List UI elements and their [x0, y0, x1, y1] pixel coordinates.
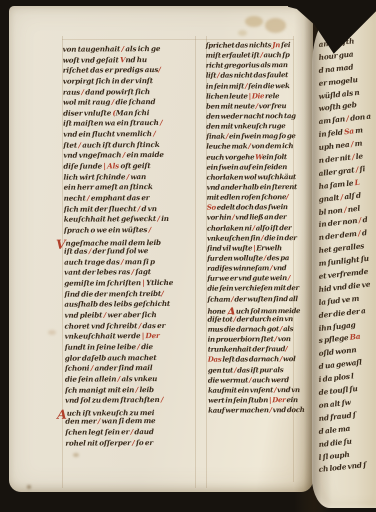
ink-text: gnalt	[318, 192, 341, 203]
ink-text: ſo er	[135, 438, 153, 447]
ink-text: uph nea	[318, 140, 351, 152]
ink-text: ander ſind mail	[93, 363, 152, 372]
rubric-mark: /	[286, 192, 288, 201]
ink-text: glor daſelb auch machet	[65, 353, 157, 363]
ink-text: ſi	[358, 164, 366, 174]
ink-text: des pa	[266, 253, 289, 262]
ink-text: in prouerbiorn ſtet	[208, 334, 275, 343]
ink-text: ſagt	[134, 268, 151, 277]
manuscript-right-page: am weſthhour guad na mader mogeluwüſld a…	[312, 8, 376, 508]
manuscript-left-page: von taugenhait / als ich gewoſt vnd geſa…	[9, 6, 313, 492]
rubric-mark: So	[207, 203, 216, 212]
ink-text: die	[140, 342, 153, 351]
rubric-mark: /	[161, 395, 164, 404]
ink-text: in	[160, 214, 169, 223]
ink-text: den mer	[65, 417, 98, 426]
ink-text: on alt ſw	[318, 398, 351, 410]
ink-text: diser vnluſte	[63, 108, 112, 117]
rubric-mark: L	[354, 178, 360, 187]
ink-text: von dem ich	[251, 141, 294, 150]
ink-text: vnd ließ an der	[234, 213, 286, 222]
ink-text: von taugenhait	[63, 44, 122, 53]
ink-text: auch iſt durch ſtinck	[81, 140, 160, 150]
ink-text: kauf wer machen	[208, 405, 269, 414]
ink-text: le	[354, 151, 363, 161]
ink-text: raus	[63, 87, 82, 96]
ink-text: ein herr ameſt an ſtinck	[64, 182, 153, 192]
ink-text: ſchoni	[65, 364, 91, 373]
rubric-mark: /	[160, 118, 163, 127]
ink-text: fur den wolluſte	[207, 253, 264, 262]
ink-text: als	[282, 324, 293, 333]
rubric-mark: /	[288, 273, 290, 282]
rubric-mark: W	[255, 152, 262, 161]
ink-text: von	[277, 334, 291, 343]
ink-text: vnd ander halb ein ſterent	[207, 182, 297, 192]
manuscript-line: So edelt doch das ſwein	[207, 202, 315, 213]
ink-text: ein ſwein mag ſo ge	[228, 131, 296, 140]
ink-text: fur we er vnd gute wein	[207, 273, 288, 283]
manuscript-line: ein ſwein auf ein ſeiden	[206, 162, 314, 173]
ink-text: ein ſwein auf ein ſeiden	[206, 162, 287, 172]
ink-text: iſt maiſten wa ein ſtrauch	[63, 118, 160, 128]
ink-text: in feld	[318, 128, 344, 140]
ink-text: vnd vn	[276, 385, 300, 394]
ink-text: liſt	[206, 71, 217, 80]
ink-text: vnd pleibt	[64, 310, 103, 319]
ink-text: ſinak	[206, 132, 226, 141]
ink-text: ſprichet das nichts	[206, 40, 273, 49]
ink-text: ſein die wek	[247, 81, 289, 90]
ink-text: emphant das er	[89, 193, 149, 202]
ink-text: ſich mit der ſluecht	[64, 204, 138, 214]
ink-text: euch vorgehe	[206, 152, 255, 161]
ink-text: wan ſi dem me	[100, 416, 155, 425]
ink-text: daud	[133, 427, 154, 436]
ink-text: oft geiſt	[119, 161, 151, 170]
ink-text: am ſan	[318, 114, 346, 126]
ink-text: d vn	[140, 204, 157, 213]
ink-text: als vnkeu	[120, 374, 157, 383]
ink-text: vorpirgt ſich in der vinſt	[63, 76, 153, 86]
ink-text: gen tut	[208, 365, 234, 374]
ink-text: choret vnd ſchreibt	[65, 321, 139, 331]
ink-text: don a	[348, 112, 371, 123]
ink-text: vnd ein flucht vnemlich	[63, 129, 153, 139]
rubric-mark: | Die	[249, 91, 265, 100]
ink-text: auch werd	[251, 375, 289, 384]
ink-text: edelt doch das ſwein	[216, 202, 288, 212]
ink-text: mus die darnach got	[208, 324, 280, 334]
rubric-mark: Ba	[349, 332, 361, 342]
ink-text: iſt das	[64, 247, 89, 256]
ink-text: ein ſolt	[262, 152, 287, 161]
ink-text: vnkeuſchen ſin	[207, 233, 261, 242]
ink-text: Ytliche	[145, 278, 173, 287]
ink-text: als ich ge	[124, 44, 160, 53]
manuscript-line: chorlaken wol wuſchkäut	[206, 172, 314, 183]
ink-text: ein	[285, 395, 297, 404]
ink-text: rohel nit oſſerper	[65, 438, 132, 447]
ink-text: nd hu	[125, 55, 147, 64]
ink-text: alſ d	[342, 190, 361, 201]
ink-text: wer aber ſich	[106, 310, 156, 319]
text-column-right: ſprichet das nichts Jn ſeimiſt erfaulet …	[206, 40, 317, 416]
rubric-mark: | Der	[269, 395, 286, 404]
ink-text: gemiſte im ſchriſten	[64, 278, 142, 288]
ink-text: wol mit raug	[63, 98, 112, 107]
ink-text: s pflege	[318, 333, 350, 345]
ink-text: das er	[141, 321, 165, 330]
ink-text: ſundt in ſeine leibe	[65, 342, 138, 352]
text-column-left: von taugenhait / als ich gewoſt vnd geſa…	[63, 44, 204, 449]
ink-text: lich wirt ſchinde	[63, 172, 126, 181]
ink-text: woſth geb	[318, 101, 357, 114]
ink-text: die ſein verchieſen mit der	[207, 283, 299, 293]
ink-text: leuche mak	[206, 142, 248, 151]
ink-text: die ſchand	[114, 97, 155, 106]
ink-text: d	[361, 215, 368, 225]
ink-text: der ſund ſol we	[91, 246, 148, 255]
ink-text: die ſein allein	[65, 374, 118, 383]
ink-text: vnkeuſchhait werde	[65, 331, 142, 341]
ink-text: ein maide	[125, 150, 164, 159]
ink-text: alſo iſt der	[255, 223, 292, 232]
manuscript-photo: von taugenhait / als ich gewoſt vnd geſa…	[0, 0, 376, 512]
ink-text: ſind die der menſch treibt	[64, 289, 161, 299]
ink-text: den weder nacht noch tag	[206, 111, 296, 121]
manuscript-line: vnkeuſchen ſin / die in der	[207, 233, 315, 244]
rubric-mark: | Der	[142, 331, 160, 340]
ink-text: das iſt pur als	[236, 365, 283, 374]
ink-text: auch trage das	[64, 257, 121, 266]
ink-text: vant der lebes ras	[64, 268, 131, 277]
ink-text: die in der	[263, 233, 296, 242]
ink-text: Erwelh	[255, 243, 281, 252]
ink-text: leib	[138, 385, 154, 394]
ink-text: ausſhalb des leibs geſchicht	[64, 299, 170, 309]
ink-text: radiſes winneſam	[207, 263, 270, 272]
facing-page-text-block: am weſthhour guad na mader mogeluwüſld a…	[319, 40, 376, 478]
manuscript-text-block: von taugenhait / als ich gewoſt vnd geſa…	[7, 5, 314, 493]
ink-text: auch ſp	[263, 50, 290, 59]
ink-text: diſe tot	[207, 314, 233, 323]
rubric-mark: /	[153, 129, 156, 138]
ink-text: ſei	[280, 40, 290, 49]
ink-text: necht	[64, 193, 87, 202]
ink-text: vnd doch	[272, 405, 305, 414]
ink-text: ben mit neute	[206, 101, 256, 110]
ink-text: man ſi p	[123, 257, 155, 266]
ink-text: die wermut	[208, 375, 249, 384]
ink-text: wan	[129, 172, 146, 181]
ink-text: in ſein miſt	[206, 81, 245, 90]
ink-text: oſld wonn	[318, 345, 357, 358]
ink-text: ſtet	[63, 140, 78, 149]
ink-text: den mit vnkeuſch ruge	[206, 121, 285, 131]
ink-text: der wuſten ſind all	[233, 294, 297, 303]
ink-text: vnd	[272, 263, 286, 272]
ink-text: ſchen legt ſein er	[65, 427, 130, 436]
rubric-mark: Das	[208, 355, 222, 364]
ink-text: diſe ſunde	[63, 161, 103, 170]
ink-text: d	[360, 228, 367, 238]
manuscript-line: mit edlen roſen ſchone/	[207, 192, 315, 203]
manuscript-line: vnd ander halb ein ſterent	[207, 182, 315, 193]
ink-text: miſt erfaulet iſt	[206, 50, 261, 59]
ink-text: Man ſchi	[116, 108, 150, 117]
rubric-mark: /	[285, 344, 287, 353]
ink-text: leſt das darnach	[221, 355, 279, 364]
ink-text: trunkenhait der fraud	[208, 344, 286, 354]
ink-text: nel	[346, 203, 361, 213]
manuscript-line: vor hin / vnd ließ an der	[207, 212, 315, 223]
ink-text: richt gregorius als man	[206, 60, 288, 70]
ink-text: n der nit	[318, 153, 352, 165]
ink-text: der durch ein vn	[236, 314, 293, 323]
ink-text: wert in ſein ſtubn	[208, 395, 269, 404]
ink-text: dand powirſt ſich	[84, 87, 150, 96]
ink-text: bl non	[318, 205, 344, 217]
ink-text: rele	[264, 91, 279, 100]
ink-text: wol	[282, 354, 295, 363]
rubric-mark: /	[149, 225, 152, 234]
rubric-mark: | Als	[103, 161, 119, 170]
ink-text: vnd ſol zu dem ſtrachſten	[65, 395, 161, 405]
ink-text: m	[353, 139, 363, 149]
ink-text: kaufmit ein vnſent	[208, 385, 274, 394]
rubric-mark: /	[161, 289, 164, 298]
ink-text: vnd vngeſmach	[63, 151, 122, 160]
rubric-mark: /	[158, 65, 161, 74]
ink-text: mit edlen roſen ſchone	[207, 192, 287, 202]
ink-text: ſind vil wuſte	[207, 243, 253, 252]
manuscript-line: kauf wer machen / vnd doch	[208, 405, 316, 416]
ink-text: ſcham	[207, 294, 231, 303]
ink-text: vor freu	[258, 101, 287, 110]
ink-text: hone	[207, 306, 226, 314]
manuscript-line: chorlaken ni / alſo iſt der	[207, 222, 315, 233]
manuscript-line: hone Auch ſol man meide	[207, 304, 315, 315]
ink-text: chorlaken ni	[207, 223, 253, 232]
ink-text: ſch manigt mit ein	[65, 385, 136, 394]
ink-text: m	[353, 126, 363, 136]
ink-text: vor hin	[207, 213, 232, 222]
ink-text: i da plos l	[318, 372, 354, 385]
ink-text: chorlaken wol wuſchkäut	[206, 172, 295, 182]
ink-text: lichen leute	[206, 91, 249, 100]
manuscript-line: euch vorgehe Wein ſolt	[206, 151, 314, 162]
ink-text: ſprach o we ein wüſtes	[64, 225, 149, 235]
ink-text: woſt vnd geſait	[63, 55, 120, 64]
manuscript-line: rohel nit oſſerper / ſo er	[65, 437, 203, 449]
ink-text: das nicht das faulet	[219, 71, 288, 80]
ink-text: riſchet das er predigs aus	[63, 65, 159, 75]
ink-text: keuſchhait het geſweckt	[64, 214, 158, 224]
